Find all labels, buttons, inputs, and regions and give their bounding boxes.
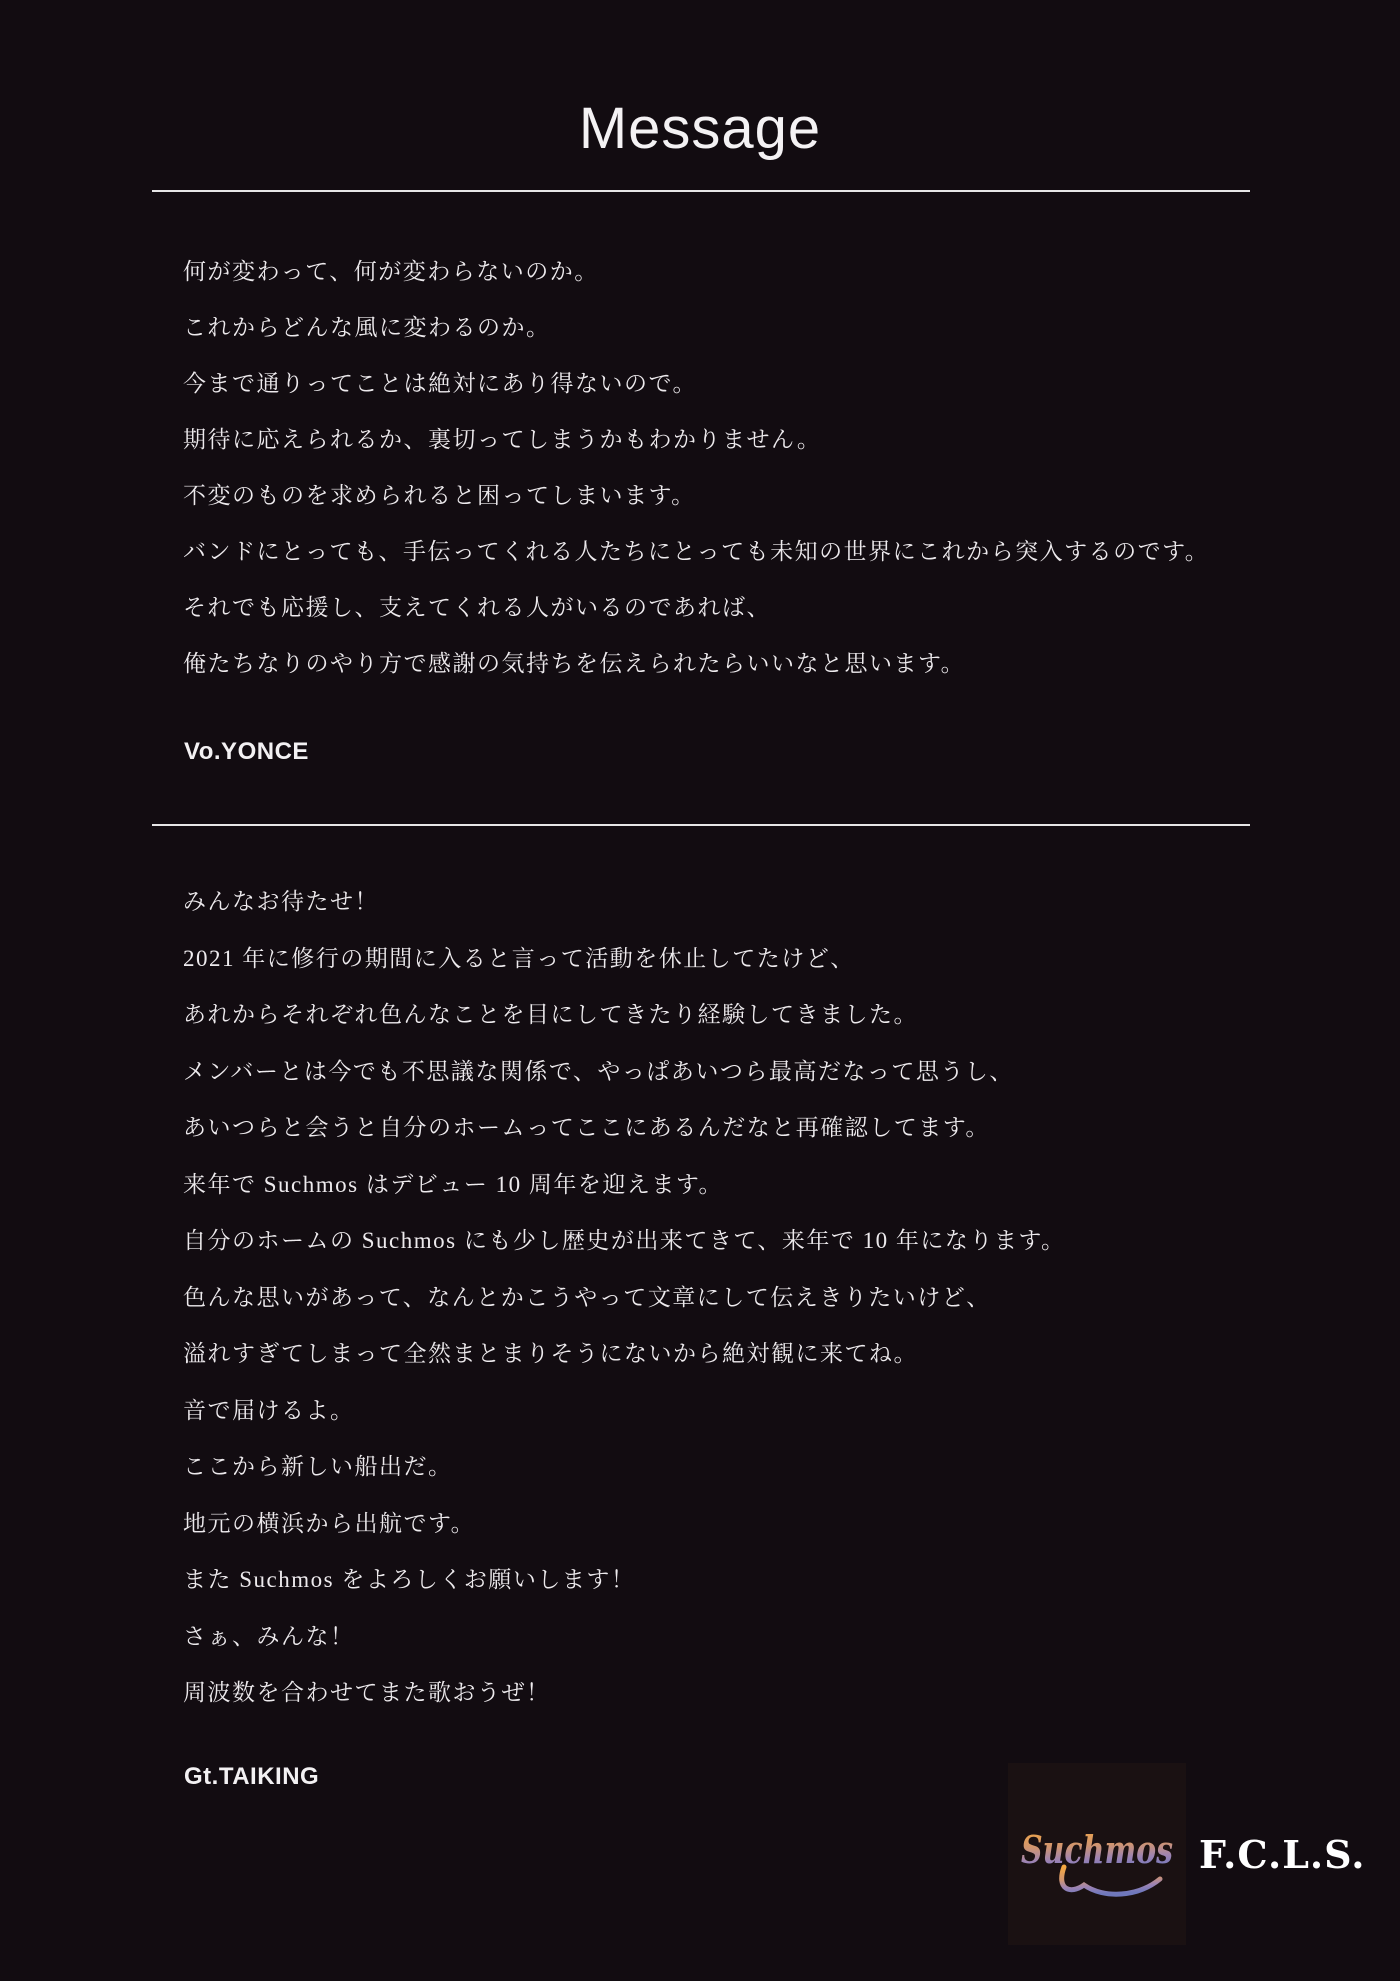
message-line: 音で届けるよ。 xyxy=(183,1383,1293,1440)
message-line: 何が変わって、何が変わらないのか。 xyxy=(183,244,1293,300)
message-line: ここから新しい船出だ。 xyxy=(183,1439,1293,1496)
signature-taiking: Gt.TAIKING xyxy=(184,1763,319,1791)
message-line: 周波数を合わせてまた歌おうぜ！ xyxy=(183,1665,1293,1722)
message-line: みんなお待たせ！ xyxy=(183,874,1293,931)
message-line: 今まで通りってことは絶対にあり得ないので。 xyxy=(183,356,1293,412)
suchmos-logo: Suchmos xyxy=(1008,1763,1186,1945)
message-line: 期待に応えられるか、裏切ってしまうかもわかりません。 xyxy=(183,412,1293,468)
message-line: あいつらと会うと自分のホームってここにあるんだなと再確認してます。 xyxy=(183,1100,1293,1157)
message-line: 自分のホームの Suchmos にも少し歴史が出来てきて、来年で 10 年になり… xyxy=(183,1213,1293,1270)
divider-middle xyxy=(152,824,1250,826)
message-line: 俺たちなりのやり方で感謝の気持ちを伝えられたらいいなと思います。 xyxy=(183,636,1293,692)
message-line: 溢れすぎてしまって全然まとまりそうにないから絶対観に来てね。 xyxy=(183,1326,1293,1383)
message-line: また Suchmos をよろしくお願いします！ xyxy=(183,1552,1293,1609)
message-line: これからどんな風に変わるのか。 xyxy=(183,300,1293,356)
message-line: 不変のものを求められると困ってしまいます。 xyxy=(183,468,1293,524)
suchmos-logo-text: Suchmos xyxy=(1021,1827,1173,1872)
message-page: Message 何が変わって、何が変わらないのか。これからどんな風に変わるのか。… xyxy=(0,0,1400,1981)
message-line: 色んな思いがあって、なんとかこうやって文章にして伝えきりたいけど、 xyxy=(183,1270,1293,1327)
message-line: 地元の横浜から出航です。 xyxy=(183,1496,1293,1553)
page-title: Message xyxy=(0,98,1400,160)
message-line: 来年で Suchmos はデビュー 10 周年を迎えます。 xyxy=(183,1157,1293,1214)
message-body-yonce: 何が変わって、何が変わらないのか。これからどんな風に変わるのか。今まで通りってこ… xyxy=(183,244,1293,692)
message-line: それでも応援し、支えてくれる人がいるのであれば、 xyxy=(183,580,1293,636)
message-body-taiking: みんなお待たせ！2021 年に修行の期間に入ると言って活動を休止してたけど、あれ… xyxy=(183,874,1293,1722)
suchmos-logo-panel: Suchmos xyxy=(1008,1763,1186,1945)
message-line: メンバーとは今でも不思議な関係で、やっぱあいつら最高だなって思うし、 xyxy=(183,1044,1293,1101)
message-line: バンドにとっても、手伝ってくれる人たちにとっても未知の世界にこれから突入するので… xyxy=(183,524,1293,580)
divider-top xyxy=(152,190,1250,192)
message-line: さぁ、みんな！ xyxy=(183,1609,1293,1666)
message-line: 2021 年に修行の期間に入ると言って活動を休止してたけど、 xyxy=(183,931,1293,988)
signature-yonce: Vo.YONCE xyxy=(184,738,309,766)
message-line: あれからそれぞれ色んなことを目にしてきたり経験してきました。 xyxy=(183,987,1293,1044)
fcls-logo: F.C.L.S. xyxy=(1199,1836,1365,1874)
